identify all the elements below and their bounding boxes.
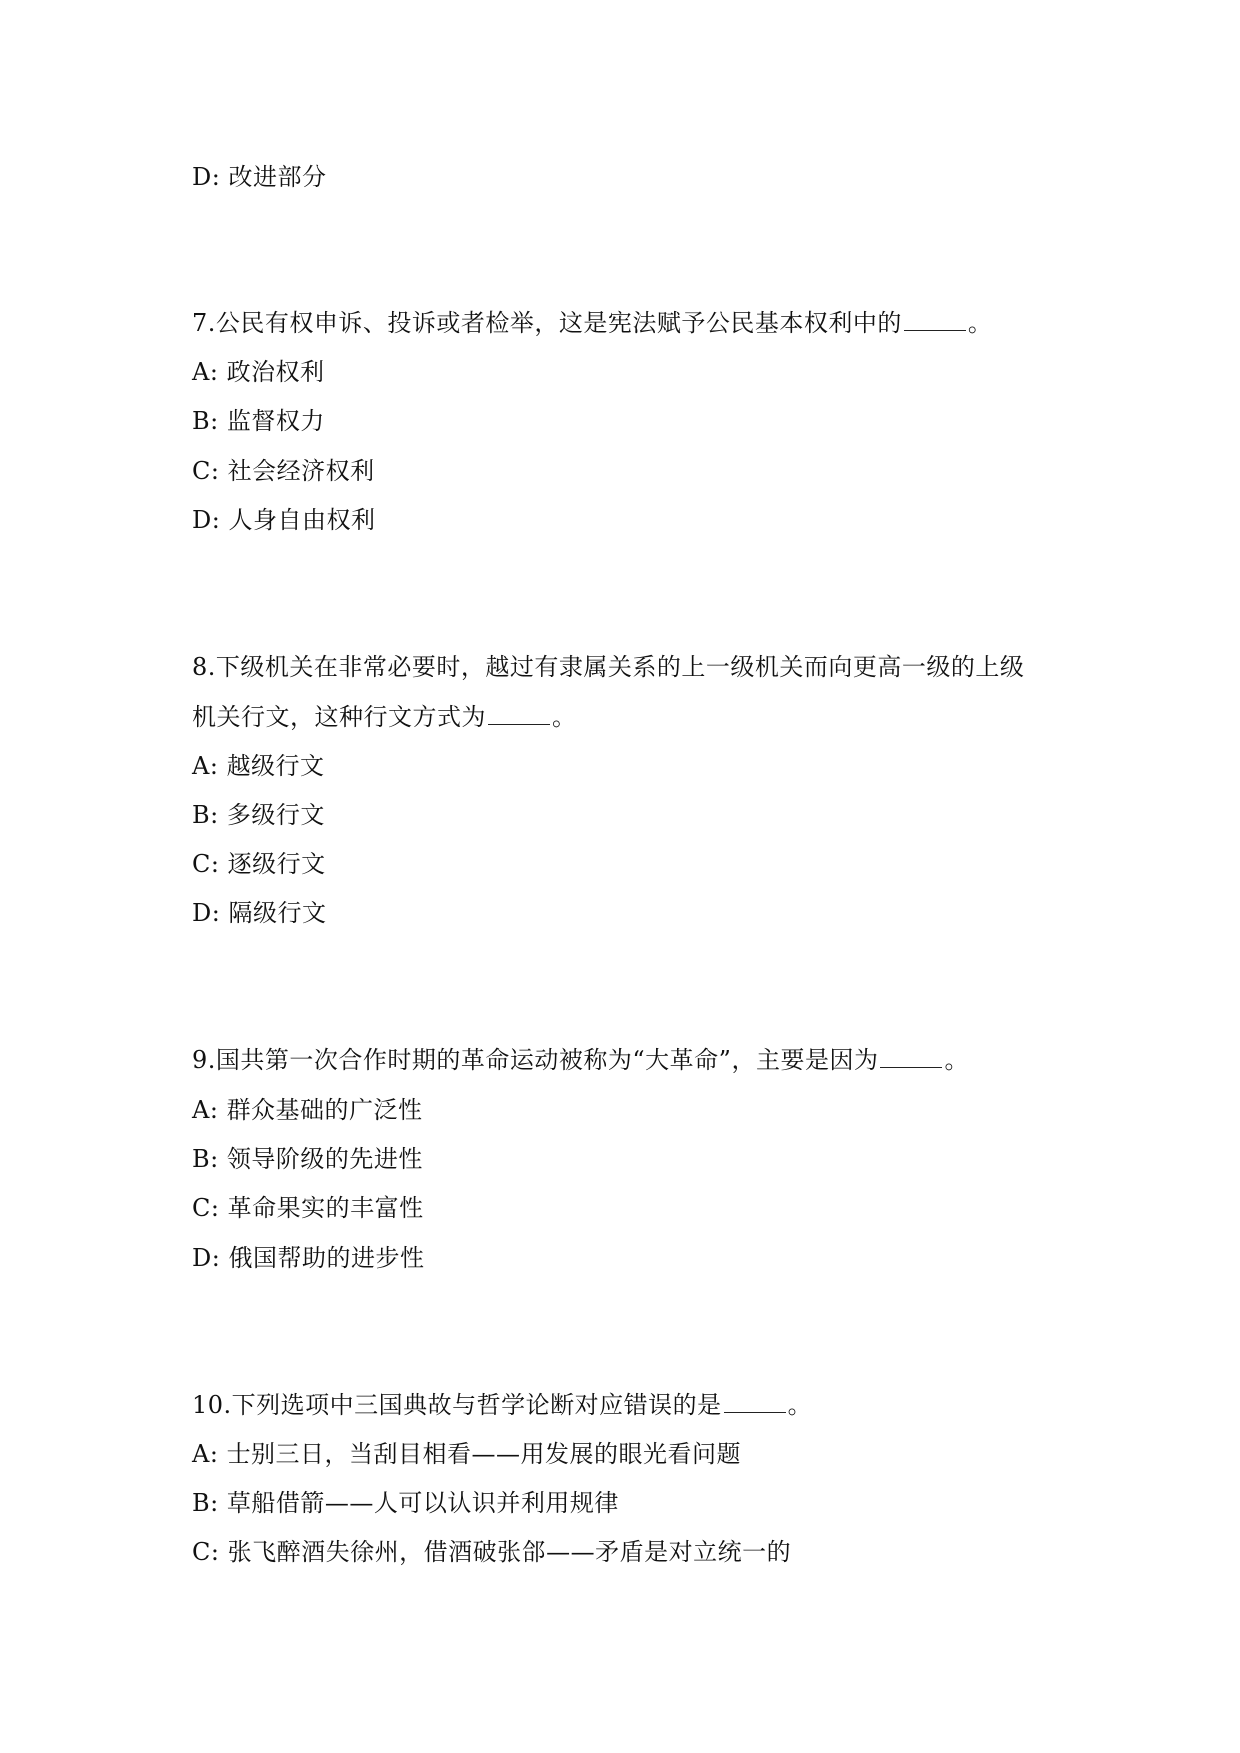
question-stem-text: 国共第一次合作时期的革命运动被称为“大革命”，主要是因为 (216, 1046, 879, 1074)
question-number: 10. (192, 1391, 232, 1419)
question-stem-continued: 机关行文，这种行文方式为。 (192, 702, 577, 732)
option-item: B: 领导阶级的先进性 (192, 1144, 423, 1174)
option-label: D: (192, 1244, 220, 1272)
answer-blank (880, 1045, 942, 1068)
question-stem-text: 下级机关在非常必要时，越过有隶属关系的上一级机关而向更高一级的上级 (216, 653, 1025, 681)
question-stem: 8.下级机关在非常必要时，越过有隶属关系的上一级机关而向更高一级的上级 (192, 652, 1024, 682)
option-label: D: (192, 163, 220, 191)
option-label: C: (192, 850, 219, 878)
question-stem: 9.国共第一次合作时期的革命运动被称为“大革命”，主要是因为。 (192, 1045, 969, 1075)
question-stem-text: 机关行文，这种行文方式为 (192, 703, 486, 731)
option-item: C: 革命果实的丰富性 (192, 1193, 424, 1223)
option-label: A: (192, 1096, 218, 1124)
option-text: 越级行文 (227, 752, 325, 780)
question-stem-text: 下列选项中三国典故与哲学论断对应错误的是 (232, 1391, 722, 1419)
option-text: 隔级行文 (228, 899, 326, 927)
option-label: D: (192, 899, 220, 927)
option-text: 张飞醉酒失徐州，借酒破张郃——矛盾是对立统一的 (228, 1538, 792, 1566)
option-item: C: 逐级行文 (192, 849, 326, 879)
option-item: B: 草船借箭——人可以认识并利用规律 (192, 1488, 619, 1518)
option-label: B: (192, 1489, 219, 1517)
question-number: 9. (192, 1046, 216, 1074)
stem-suffix: 。 (944, 1046, 969, 1074)
option-text: 社会经济权利 (228, 457, 375, 485)
option-label: C: (192, 457, 219, 485)
option-item: A: 政治权利 (192, 357, 325, 387)
option-text: 监督权力 (227, 407, 325, 435)
option-label: B: (192, 801, 219, 829)
option-text: 逐级行文 (228, 850, 326, 878)
option-item: B: 多级行文 (192, 800, 325, 830)
option-item: A: 越级行文 (192, 751, 325, 781)
option-text: 群众基础的广泛性 (227, 1096, 423, 1124)
option-item: A: 群众基础的广泛性 (192, 1095, 423, 1125)
answer-blank (488, 702, 550, 725)
option-label: A: (192, 752, 218, 780)
option-text: 人身自由权利 (228, 506, 375, 534)
answer-blank (724, 1390, 786, 1413)
option-text: 革命果实的丰富性 (228, 1194, 424, 1222)
question-stem-text: 公民有权申诉、投诉或者检举，这是宪法赋予公民基本权利中的 (216, 309, 902, 337)
option-item: D: 隔级行文 (192, 898, 326, 928)
option-text: 俄国帮助的进步性 (228, 1244, 424, 1272)
option-label: C: (192, 1538, 219, 1566)
option-label: B: (192, 407, 219, 435)
question-stem: 10.下列选项中三国典故与哲学论断对应错误的是。 (192, 1390, 812, 1420)
option-label: A: (192, 1440, 218, 1468)
option-text: 改进部分 (228, 163, 326, 191)
question-number: 8. (192, 653, 216, 681)
stem-suffix: 。 (552, 703, 577, 731)
option-label: C: (192, 1194, 219, 1222)
question-stem: 7.公民有权申诉、投诉或者检举，这是宪法赋予公民基本权利中的。 (192, 308, 992, 338)
option-item: D: 俄国帮助的进步性 (192, 1243, 424, 1273)
option-item: D: 改进部分 (192, 162, 326, 192)
option-item: B: 监督权力 (192, 406, 325, 436)
option-item: A: 士别三日，当刮目相看——用发展的眼光看问题 (192, 1439, 741, 1469)
option-text: 草船借箭——人可以认识并利用规律 (227, 1489, 619, 1517)
option-label: D: (192, 506, 220, 534)
stem-suffix: 。 (968, 309, 993, 337)
question-number: 7. (192, 309, 216, 337)
option-label: A: (192, 358, 218, 386)
answer-blank (904, 308, 966, 331)
option-text: 多级行文 (227, 801, 325, 829)
option-text: 领导阶级的先进性 (227, 1145, 423, 1173)
option-label: B: (192, 1145, 219, 1173)
option-text: 士别三日，当刮目相看——用发展的眼光看问题 (227, 1440, 742, 1468)
option-item: D: 人身自由权利 (192, 505, 375, 535)
stem-suffix: 。 (788, 1391, 813, 1419)
option-text: 政治权利 (227, 358, 325, 386)
option-item: C: 张飞醉酒失徐州，借酒破张郃——矛盾是对立统一的 (192, 1537, 791, 1567)
option-item: C: 社会经济权利 (192, 456, 375, 486)
